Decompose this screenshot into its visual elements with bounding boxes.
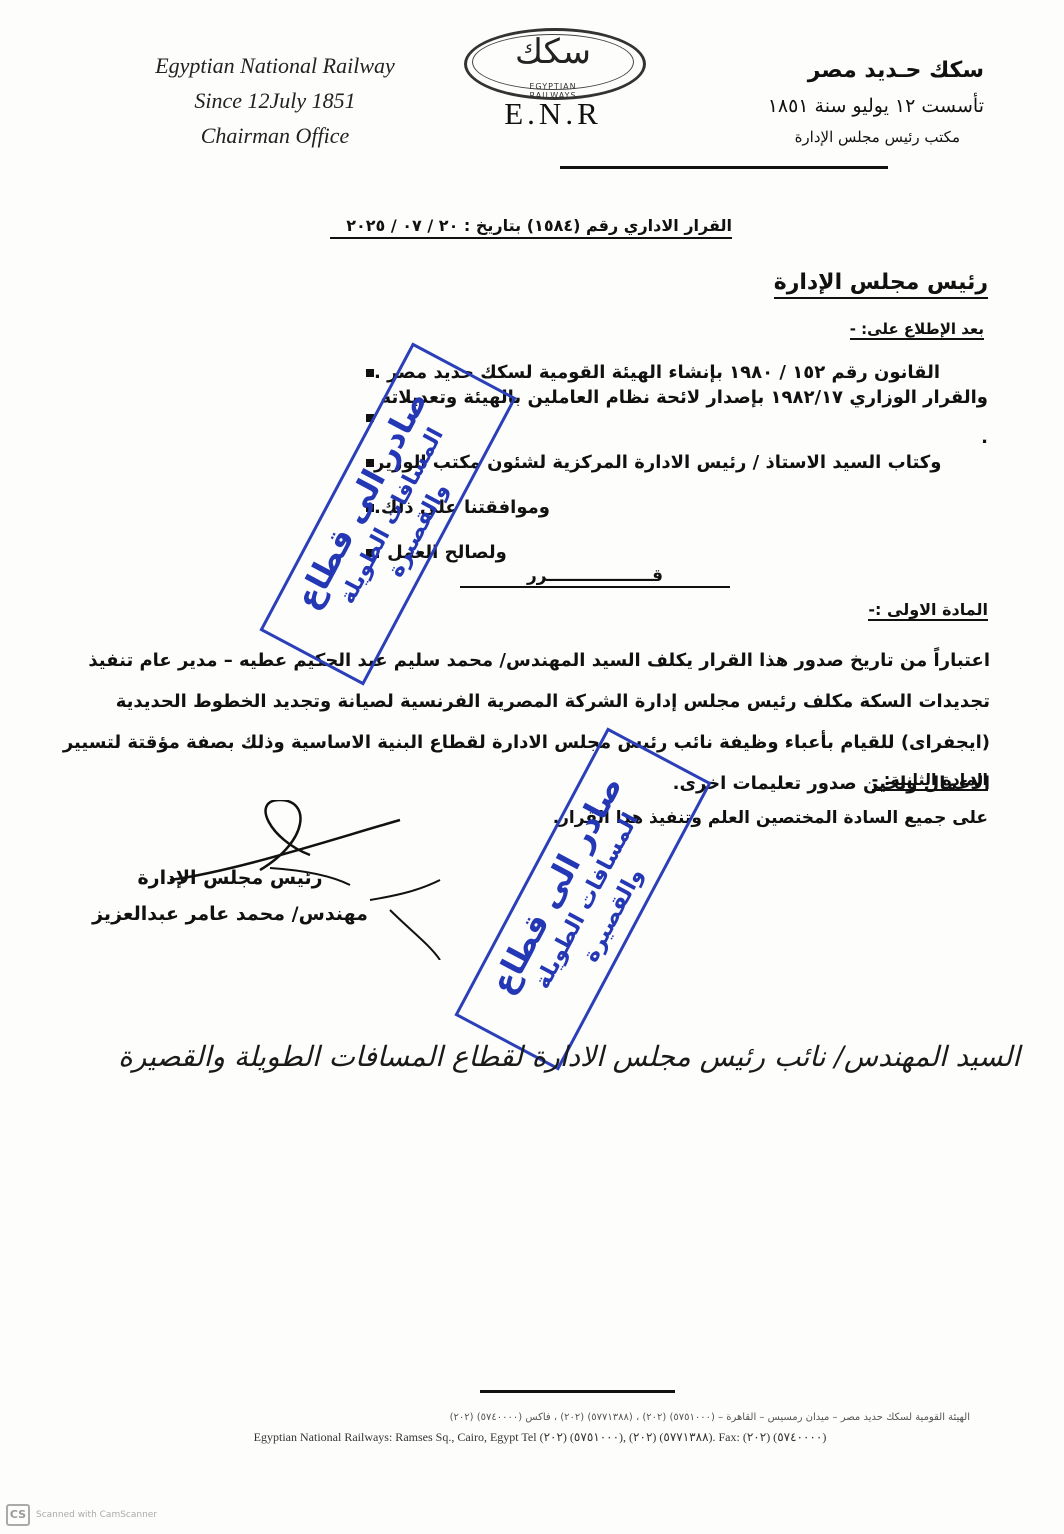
org-name-en: Egyptian National Railway — [120, 48, 430, 83]
founded-en: Since 12July 1851 — [120, 83, 430, 118]
logo-glyph: سكك — [488, 32, 618, 72]
after-review-heading: بعد الإطلاع على: - — [850, 320, 984, 340]
office-ar: مكتب رئيس مجلس الإدارة — [704, 122, 960, 152]
camscanner-logo-icon: CS — [6, 1504, 30, 1526]
signature-block: رئيس مجلس الإدارة مهندس/ محمد عامر عبدال… — [80, 860, 380, 932]
camscanner-watermark: CS Scanned with CamScanner — [6, 1504, 157, 1526]
handwritten-note: السيد المهندس/ نائب رئيس مجلس الادارة لق… — [60, 1040, 1020, 1073]
founded-ar: تأسست ١٢ يوليو سنة ١٨٥١ — [704, 90, 984, 122]
footer-divider — [480, 1390, 675, 1393]
signatory-name: مهندس/ محمد عامر عبدالعزيز — [80, 896, 380, 932]
office-en: Chairman Office — [120, 118, 430, 153]
header-divider — [560, 166, 888, 169]
header-arabic: سكك حـديد مصر تأسست ١٢ يوليو سنة ١٨٥١ مك… — [704, 52, 984, 152]
logo-acronym: E.N.R — [458, 96, 648, 132]
article2-heading: المادة الثانية: - — [872, 770, 988, 791]
issuer-title: رئيس مجلس الإدارة — [774, 270, 988, 299]
camscanner-text: Scanned with CamScanner — [36, 1510, 157, 1520]
article1-heading: المادة الاولى :- — [868, 600, 988, 621]
bullet-square-icon — [366, 369, 374, 377]
footer-address-en: Egyptian National Railways: Ramses Sq., … — [105, 1430, 975, 1445]
signatory-title: رئيس مجلس الإدارة — [80, 860, 380, 896]
article1-text: اعتباراً من تاريخ صدور هذا القرار يكلف ا… — [40, 640, 990, 804]
org-name-ar: سكك حـديد مصر — [704, 52, 984, 90]
enr-logo: سكك EGYPTIAN RAILWAYS E.N.R — [458, 22, 648, 137]
decree-number-line: القرار الاداري رقم (١٥٨٤) بتاريخ : ٢٠ / … — [330, 216, 732, 239]
decides-heading: قــــــــــــــــــرر — [460, 566, 730, 588]
header-english: Egyptian National Railway Since 12July 1… — [120, 48, 430, 153]
footer-address-ar: الهيئة القومية لسكك حديد مصر – ميدان رمس… — [200, 1412, 970, 1423]
